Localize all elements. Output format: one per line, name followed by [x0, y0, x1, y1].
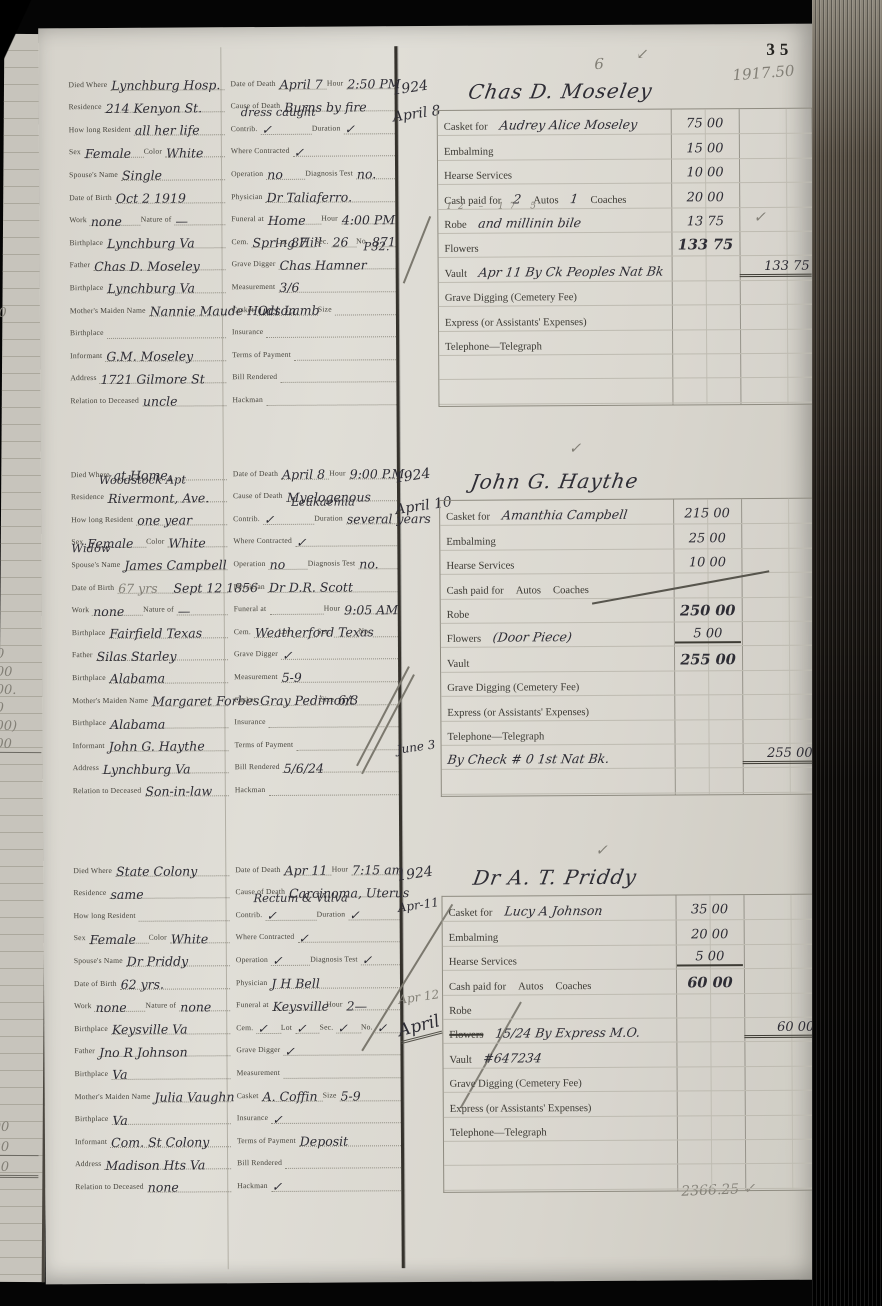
margin-number: 00. [0, 683, 42, 698]
billing-handwritten-note: Amanthia Campbell [501, 507, 628, 523]
form-field-label: How long Resident [69, 125, 134, 136]
form-row: BirthplaceKeysville Va [74, 1011, 230, 1035]
billing-row: Express (or Assistants' Expenses) [441, 694, 815, 722]
form-row: Mother's Maiden NameMargaret Forbes [72, 683, 228, 707]
billing-account-name: Dr A. T. Priddy [471, 865, 639, 890]
form-field-value: G.M. Moseley [105, 348, 226, 362]
record: Died WhereState ColonyResidencesameHow l… [43, 850, 819, 855]
form-row: InformantCom. St Colony [75, 1124, 231, 1148]
billing-row-label: Casket forAmanthia Campbell [446, 507, 672, 523]
form-field-value: 214 Kenyon St. [105, 99, 225, 113]
form-field-label: Casket [234, 695, 259, 706]
billing-item-label: Express (or Assistants' Expenses) [447, 707, 589, 719]
form-row: Died WhereLynchburg Hosp. [68, 67, 224, 91]
form-row: Insurance [232, 315, 396, 339]
form-row: Where Contracted✓ [236, 920, 400, 944]
billing-row-label: Flowers15/24 By Express M.O. [449, 1025, 675, 1041]
form-row: Address1721 Gilmore St [70, 361, 226, 385]
form-field-value: James Campbell [123, 557, 227, 571]
form-field-value: 7:15 am [351, 862, 399, 875]
form-field-label: Mother's Maiden Name [72, 695, 151, 706]
form-field-value: Chas D. Moseley [93, 258, 225, 272]
form-field-value: Female [84, 145, 144, 158]
form-field-value: ✓ [283, 1043, 400, 1057]
form-field-value: 4:00 PM [341, 211, 396, 224]
form-field-value: Lynchburg Hosp. [110, 77, 224, 91]
form-field-value [266, 324, 396, 338]
billing-amount: 35 00 [677, 902, 743, 917]
form-row: Grave Digger✓ [236, 1033, 400, 1057]
form-row: FatherChas D. Moseley [70, 248, 226, 272]
billing-amount: 215 00 [674, 506, 740, 521]
form-row: Cause of DeathMyelogenousLeukaemia [233, 479, 397, 503]
form-field-label: Sex [69, 147, 84, 158]
form-field-value: Dr Taliaferro. [266, 189, 396, 203]
form-field-label: Operation [233, 559, 268, 570]
form-left-column: Died WhereState ColonyResidencesameHow l… [73, 853, 229, 854]
form-field-value: ✓ [295, 534, 397, 548]
form-field-value [294, 347, 396, 361]
form-field-label: Informant [70, 351, 105, 362]
form-field-value [335, 302, 396, 315]
form-field-value: ✓ [336, 1020, 361, 1033]
form-field-label: Casket [237, 1091, 262, 1102]
form-row: CasketGray PedimontSize6/3 [234, 682, 398, 706]
form-field-label: Cem. [234, 627, 254, 638]
billing-item-label: Coaches [590, 194, 626, 205]
form-middle-column: Date of DeathApr 11Hour7:15 amCause of D… [235, 852, 399, 853]
form-field-label: Terms of Payment [235, 740, 297, 751]
billing-row-label: Telephone—Telegraph [450, 1126, 676, 1138]
billing-item-label: Cash paid for [447, 585, 504, 596]
page-number: 35 [766, 40, 793, 60]
ledger-page: 35 1917.50 2366.25 ✓ Died WhereLynchburg… [38, 24, 822, 1285]
form-field-value: Female [89, 931, 149, 944]
form-row: SexFemaleColorWhite [69, 135, 225, 159]
billing-handwritten-note: By Check # 0 1st Nat Bk. [447, 751, 611, 767]
form-field-value [266, 392, 397, 406]
billing-row: Robe [443, 992, 817, 1020]
form-row: SexFemaleColorWhite [74, 921, 230, 945]
form-field-label: Hour [324, 604, 343, 615]
billing-row: Express (or Assistants' Expenses) [444, 1090, 818, 1118]
billing-item-label: Casket for [446, 512, 490, 523]
billing-row-label: Grave Digging (Cemetery Fee) [445, 292, 671, 304]
form-field-value: Lynchburg Va [102, 761, 229, 775]
form-field-label: Date of Birth [69, 193, 115, 204]
form-field-value: Lynchburg Va [106, 235, 225, 249]
billing-handwritten-note: Audrey Alice Moseley [499, 117, 638, 133]
billing-item-label: Embalming [444, 146, 494, 157]
form-field-label: Nature of [143, 605, 177, 616]
form-row: OperationnoDiagnosis Testno. [231, 157, 395, 181]
form-field-label: Address [75, 1159, 104, 1170]
billing-table: Casket forAudrey Alice Moseley75 00Embal… [437, 108, 815, 407]
billing-row-label: Casket forAudrey Alice Moseley [444, 117, 670, 133]
pencil-total-top: 1917.50 [732, 62, 795, 85]
form-row: Where Contracted✓ [233, 524, 397, 548]
billing-row: Hearse Services5 00 [443, 943, 817, 971]
billing-row [444, 1163, 818, 1191]
billing-handwritten-note: 1 [570, 191, 580, 206]
form-row: Date of Birth62 yrs. [74, 966, 230, 990]
record-form: Died WhereLynchburg Hosp.Residence214 Ke… [68, 66, 394, 68]
form-field-label: Duration [312, 123, 344, 134]
margin-number: 0 [0, 647, 42, 662]
form-row: Relation to Deceasednone [75, 1170, 231, 1194]
form-field-label: Date of Death [230, 79, 278, 90]
form-field-value: 1721 Gilmore St [100, 371, 227, 385]
billing-item-label: Grave Digging (Cemetery Fee) [450, 1078, 582, 1090]
form-field-label: Where Contracted [231, 146, 293, 157]
billing-row-label: Express (or Assistants' Expenses) [450, 1102, 676, 1114]
form-field-label: Cem. [231, 237, 251, 248]
billing-row: Telephone—Telegraph [441, 718, 815, 746]
form-field-label: Operation [236, 955, 271, 966]
billing-row-label: Grave Digging (Cemetery Fee) [450, 1078, 676, 1090]
billing-row-label [445, 400, 671, 401]
form-field-label: Birthplace [75, 1069, 112, 1080]
form-field-value [139, 908, 230, 922]
form-field-value: ✓ [348, 907, 399, 920]
form-field-label: Where Contracted [236, 932, 298, 943]
form-field-label: Cause of Death [233, 491, 286, 502]
margin-number: 0 [0, 701, 42, 716]
billing-item-label: Vault [447, 659, 469, 670]
form-field-label: Physician [231, 192, 265, 203]
form-field-value: ✓ [271, 1110, 401, 1124]
form-row: Date of DeathApril 8Hour9:00 P.M. [233, 456, 397, 480]
handwritten-value: Son-in-law [145, 786, 212, 799]
form-row: BirthplaceAlabama [72, 661, 228, 685]
pencil-mark: ✓ [753, 208, 766, 226]
form-field-value [334, 624, 359, 637]
billing-item-label: Embalming [449, 932, 499, 943]
billing-row-label: Hearse Services [444, 170, 670, 182]
form-field-value: ✓ [265, 907, 316, 920]
billing-amount: 75 00 [672, 117, 738, 132]
form-field-value: Alabama [109, 670, 228, 684]
form-field-label: Bill Rendered [235, 762, 283, 773]
form-row: Cause of DeathBurns by firedress caught [231, 89, 395, 113]
billing-row: Telephone—Telegraph [444, 1114, 818, 1142]
billing-row-label [448, 790, 674, 791]
form-field-value: Margaret Forbes [151, 693, 228, 706]
billing-item-label: Vault [445, 269, 467, 280]
form-field-value: Alabama [109, 715, 228, 729]
form-field-label: Hackman [232, 395, 266, 406]
form-field-value: ✓ [293, 144, 395, 158]
form-field-label: Father [72, 650, 96, 661]
billing-paid-amount: 133 75 [740, 258, 812, 276]
form-field-label: Insurance [237, 1113, 271, 1124]
form-field-value: State Colony [115, 863, 229, 877]
form-field-label: Grave Digger [234, 649, 281, 660]
form-field-label: Casket [232, 305, 257, 316]
billing-row: By Check # 0 1st Nat Bk.255 00 [442, 743, 816, 771]
form-field-value: ✓ [281, 647, 398, 661]
form-field-value: Com. St Colony [110, 1134, 231, 1148]
form-row: Date of DeathApril 7Hour2:50 PM [230, 66, 394, 90]
billing-amount: 133 75 [672, 236, 738, 253]
form-field-label: Address [70, 373, 99, 384]
billing-row-label [445, 376, 671, 377]
billing-item-label: Robe [447, 610, 469, 621]
form-field-value: ✓ [361, 952, 400, 965]
billing-item-label: Autos [516, 585, 541, 596]
billing-row: Cash paid forAutosCoaches60 00 [443, 968, 817, 996]
form-field-label: Birthplace [74, 1024, 111, 1035]
form-field-label: How long Resident [74, 911, 139, 922]
record-form: Died WhereState ColonyResidencesameHow l… [73, 852, 399, 854]
billing-row: Telephone—Telegraph [439, 328, 813, 356]
form-row: WorknoneNature of— [69, 203, 225, 227]
form-field-label: Birthplace [72, 718, 109, 729]
billing-item-label: Flowers [447, 634, 481, 645]
form-row: Residencesame [73, 876, 229, 900]
form-field-label: Grave Digger [232, 259, 279, 270]
form-field-value: 2:50 PM [346, 76, 394, 89]
form-row: OperationnoDiagnosis Testno. [233, 547, 397, 571]
form-field-value: no [269, 557, 308, 570]
form-field-label: Duration [317, 909, 349, 920]
form-field-label: Hour [329, 468, 348, 479]
form-row: CasketA. CoffinSize5-9 [237, 1078, 401, 1102]
billing-row-label: By Check # 0 1st Nat Bk. [448, 751, 674, 767]
billing-row: Vault255 00 [441, 645, 815, 673]
billing-amount: 10 00 [672, 165, 738, 180]
form-row: Hackman [232, 383, 396, 407]
billing-item-label: Hearse Services [449, 957, 517, 968]
form-row: AddressLynchburg Va [73, 751, 229, 775]
form-field-value: several years [346, 511, 397, 524]
form-row: Died Whereat Home,Woodstock Apt [71, 457, 227, 481]
billing-row-label: Vault#647234 [449, 1049, 675, 1065]
billing-item-label: Hearse Services [446, 561, 514, 572]
form-field-value: Rivermont, Ave. [107, 489, 227, 503]
pencil-mark: ↙ [636, 45, 649, 63]
form-field-value: ✓ [271, 1178, 402, 1192]
form-field-value: Fairfield Texas [108, 625, 227, 639]
handwritten-second-line: Rectum & Vulva [253, 890, 347, 905]
billing-handwritten-note: 15/24 By Express M.O. [494, 1025, 641, 1041]
form-field-value: 9:05 AM [343, 601, 398, 614]
form-row: Birthplace [70, 316, 226, 340]
form-field-label: Terms of Payment [237, 1136, 299, 1147]
form-field-label: Address [73, 763, 102, 774]
handwritten-second-line: Woodstock Apt [99, 472, 186, 487]
billing-row: Embalming25 00 [440, 523, 814, 551]
form-field-value: 5-9 [340, 1088, 401, 1101]
form-field-value: Dr Priddy [126, 953, 230, 967]
handwritten-second-line: dress caught [241, 104, 316, 118]
form-row: PhysicianJ H Bell [236, 965, 400, 989]
form-field-label: Spouse's Name [71, 560, 123, 571]
form-field-label: Diagnosis Test [310, 954, 361, 965]
form-row: BirthplaceVa [74, 1057, 230, 1081]
billing-row-label: Express (or Assistants' Expenses) [447, 706, 673, 718]
form-left-column: Died Whereat Home,Woodstock AptResidence… [71, 457, 227, 458]
billing-paid-amount: 60 00 [744, 1020, 816, 1038]
form-field-value: no. [356, 166, 395, 179]
record: Died WhereLynchburg Hosp.Residence214 Ke… [38, 64, 814, 69]
billing-amount: 25 00 [674, 531, 740, 546]
form-field-label: Size [318, 304, 335, 315]
form-row: Terms of PaymentDeposit [237, 1123, 401, 1147]
form-row: Insurance✓ [237, 1101, 401, 1125]
billing-row: Casket forAudrey Alice Moseley75 00 [438, 109, 812, 137]
form-field-value: Deposit [299, 1133, 401, 1147]
billing-account-name: Chas D. Moseley [467, 79, 655, 104]
pencil-slash [403, 216, 431, 284]
form-field-label: Spouse's Name [74, 956, 126, 967]
margin-number: 00 [0, 1140, 39, 1156]
form-row: How long Resident [73, 898, 229, 922]
form-field-value: 67 yrs [117, 580, 172, 593]
form-row: Funeral atHour9:05 AM [234, 592, 398, 616]
margin-number: 00 [0, 737, 41, 753]
billing-row: Grave Digging (Cemetery Fee) [439, 279, 813, 307]
billing-row-label: Hearse Services [449, 956, 675, 968]
form-row: Cem.Spring HillLot87Sec.26No.871P32. [231, 224, 395, 248]
billing-amount: 255 00 [675, 651, 741, 668]
form-row: BirthplaceFairfield Texas [72, 615, 228, 639]
form-field-value: 26 [331, 234, 356, 247]
form-field-label: Sex [74, 933, 89, 944]
form-field-value: Julia Vaughn [153, 1089, 230, 1102]
form-field-value: White [165, 145, 225, 158]
form-field-value: 3/6 [278, 279, 396, 293]
form-field-label: Birthplace [72, 673, 109, 684]
form-row: AddressMadison Hts Va [75, 1147, 231, 1171]
margin-number: 00) [0, 719, 42, 734]
margin-number: 00 [0, 665, 42, 680]
form-field-label: Died Where [73, 866, 115, 877]
form-field-value: — [177, 602, 228, 615]
form-field-label: Died Where [68, 80, 110, 91]
form-field-value: Va [111, 1066, 230, 1080]
form-row: Relation to DeceasedSon-in-law [73, 774, 229, 798]
form-row: Spouse's NameDr Priddy [74, 944, 230, 968]
form-field-value: Keysville Va [111, 1021, 230, 1035]
form-field-value [269, 602, 324, 615]
form-field-value: Jno R Johnson [98, 1044, 230, 1058]
billing-item-label: Autos [518, 981, 543, 992]
form-row: Date of BirthOct 2 1919 [69, 180, 225, 204]
form-field-value: Dr D.R. Scott [268, 579, 398, 593]
form-field-label: Residence [73, 888, 109, 899]
form-field-value: Oct 2 1919 [115, 190, 225, 204]
form-row: Cem.Weatherford TexasLotSec.No. [234, 614, 398, 638]
form-field-label: Measurement [237, 1068, 284, 1079]
form-field-label: Father [70, 260, 94, 271]
billing-row: Vault#647234 [443, 1041, 817, 1069]
form-field-value [283, 1065, 401, 1079]
form-field-label: No. [361, 1022, 376, 1033]
form-field-value: ✓ [263, 511, 314, 524]
form-field-value: none [147, 1179, 232, 1193]
form-field-value: none [179, 998, 230, 1011]
billing-item-label: Coaches [555, 981, 591, 992]
form-field-value: ✓ [260, 121, 311, 134]
gutter-date: June 3 [396, 737, 436, 756]
form-row: CasketOct LambSize [232, 292, 396, 316]
margin-number: 00 [0, 1120, 39, 1135]
form-middle-column: Date of DeathApril 7Hour2:50 PMCause of … [230, 66, 394, 67]
form-field-value: White [167, 535, 227, 548]
billing-item-label: Telephone—Telegraph [447, 731, 544, 743]
form-field-value [296, 737, 398, 751]
form-field-value [269, 714, 399, 728]
form-field-value: Silas Starley [96, 648, 228, 662]
form-row: Cause of DeathCarcinoma, UterusRectum & … [235, 875, 399, 899]
form-field-value: one year [136, 512, 227, 526]
billing-amount: 60 00 [677, 974, 743, 991]
form-row: BirthplaceLynchburg Va [69, 225, 225, 249]
billing-row [439, 377, 813, 405]
form-row: Residence214 Kenyon St. [69, 90, 225, 114]
form-field-label: Sec. [320, 1022, 337, 1033]
form-field-value: all her life [134, 122, 225, 136]
billing-item-label: Casket for [449, 908, 493, 919]
form-row: Grave Digger✓ [234, 637, 398, 661]
billing-row: Flowers(Door Piece)5 00 [441, 621, 815, 649]
form-field-value: none [90, 213, 141, 226]
form-field-value: Va [111, 1111, 230, 1125]
form-field-value: Oct Lamb [257, 302, 318, 315]
billing-handwritten-note: and millinin bile [478, 215, 583, 231]
billing-row: Embalming20 00 [443, 919, 817, 947]
billing-row-label: Embalming [446, 535, 672, 547]
form-field-label: Residence [69, 102, 105, 113]
form-field-label: Cem. [236, 1023, 256, 1034]
form-field-value: Weatherford Texas [254, 625, 279, 638]
billing-row: Casket forLucy A Johnson35 00 [442, 895, 816, 923]
form-field-value: Lynchburg Va [106, 280, 225, 294]
form-field-label: Funeral at [236, 1000, 272, 1011]
billing-item-label: Grave Digging (Cemetery Fee) [447, 682, 579, 694]
form-row: Date of DeathApr 11Hour7:15 am [235, 852, 399, 876]
form-field-label: Color [144, 147, 165, 158]
form-field-label: Relation to Deceased [70, 396, 142, 407]
form-row: Spouse's NameSingle [69, 158, 225, 182]
form-field-label: How long Resident [71, 515, 136, 526]
billing-handwritten-note: #647234 [483, 1050, 543, 1065]
form-field-label: Birthplace [70, 283, 107, 294]
form-field-value: same [109, 885, 229, 899]
billing-row [442, 767, 816, 795]
form-field-value [280, 370, 396, 384]
form-field-label: Mother's Maiden Name [70, 305, 149, 316]
form-field-label: Informant [75, 1137, 110, 1148]
form-field-label: Work [69, 215, 90, 226]
billing-row-label: Cash paid forAutosCoaches [449, 980, 675, 992]
form-field-value [373, 624, 398, 637]
form-row: Hackman✓ [237, 1169, 401, 1193]
form-field-value: ✓ [295, 1020, 320, 1033]
billing-item-label: Hearse Services [444, 171, 512, 182]
form-field-value [268, 782, 399, 796]
billing-row-label: Casket forLucy A Johnson [449, 903, 675, 919]
billing-item-label: Telephone—Telegraph [450, 1127, 547, 1139]
form-field-value: uncle [142, 393, 227, 407]
form-field-value: ✓ [256, 1021, 281, 1034]
form-field-value: 87 [290, 234, 315, 247]
form-field-value: Nannie Maude Hudson [149, 303, 226, 316]
billing-item-label: Express (or Assistants' Expenses) [450, 1103, 592, 1115]
form-field-label: Hackman [235, 785, 269, 796]
pencil-mark: ✓ [569, 439, 582, 457]
